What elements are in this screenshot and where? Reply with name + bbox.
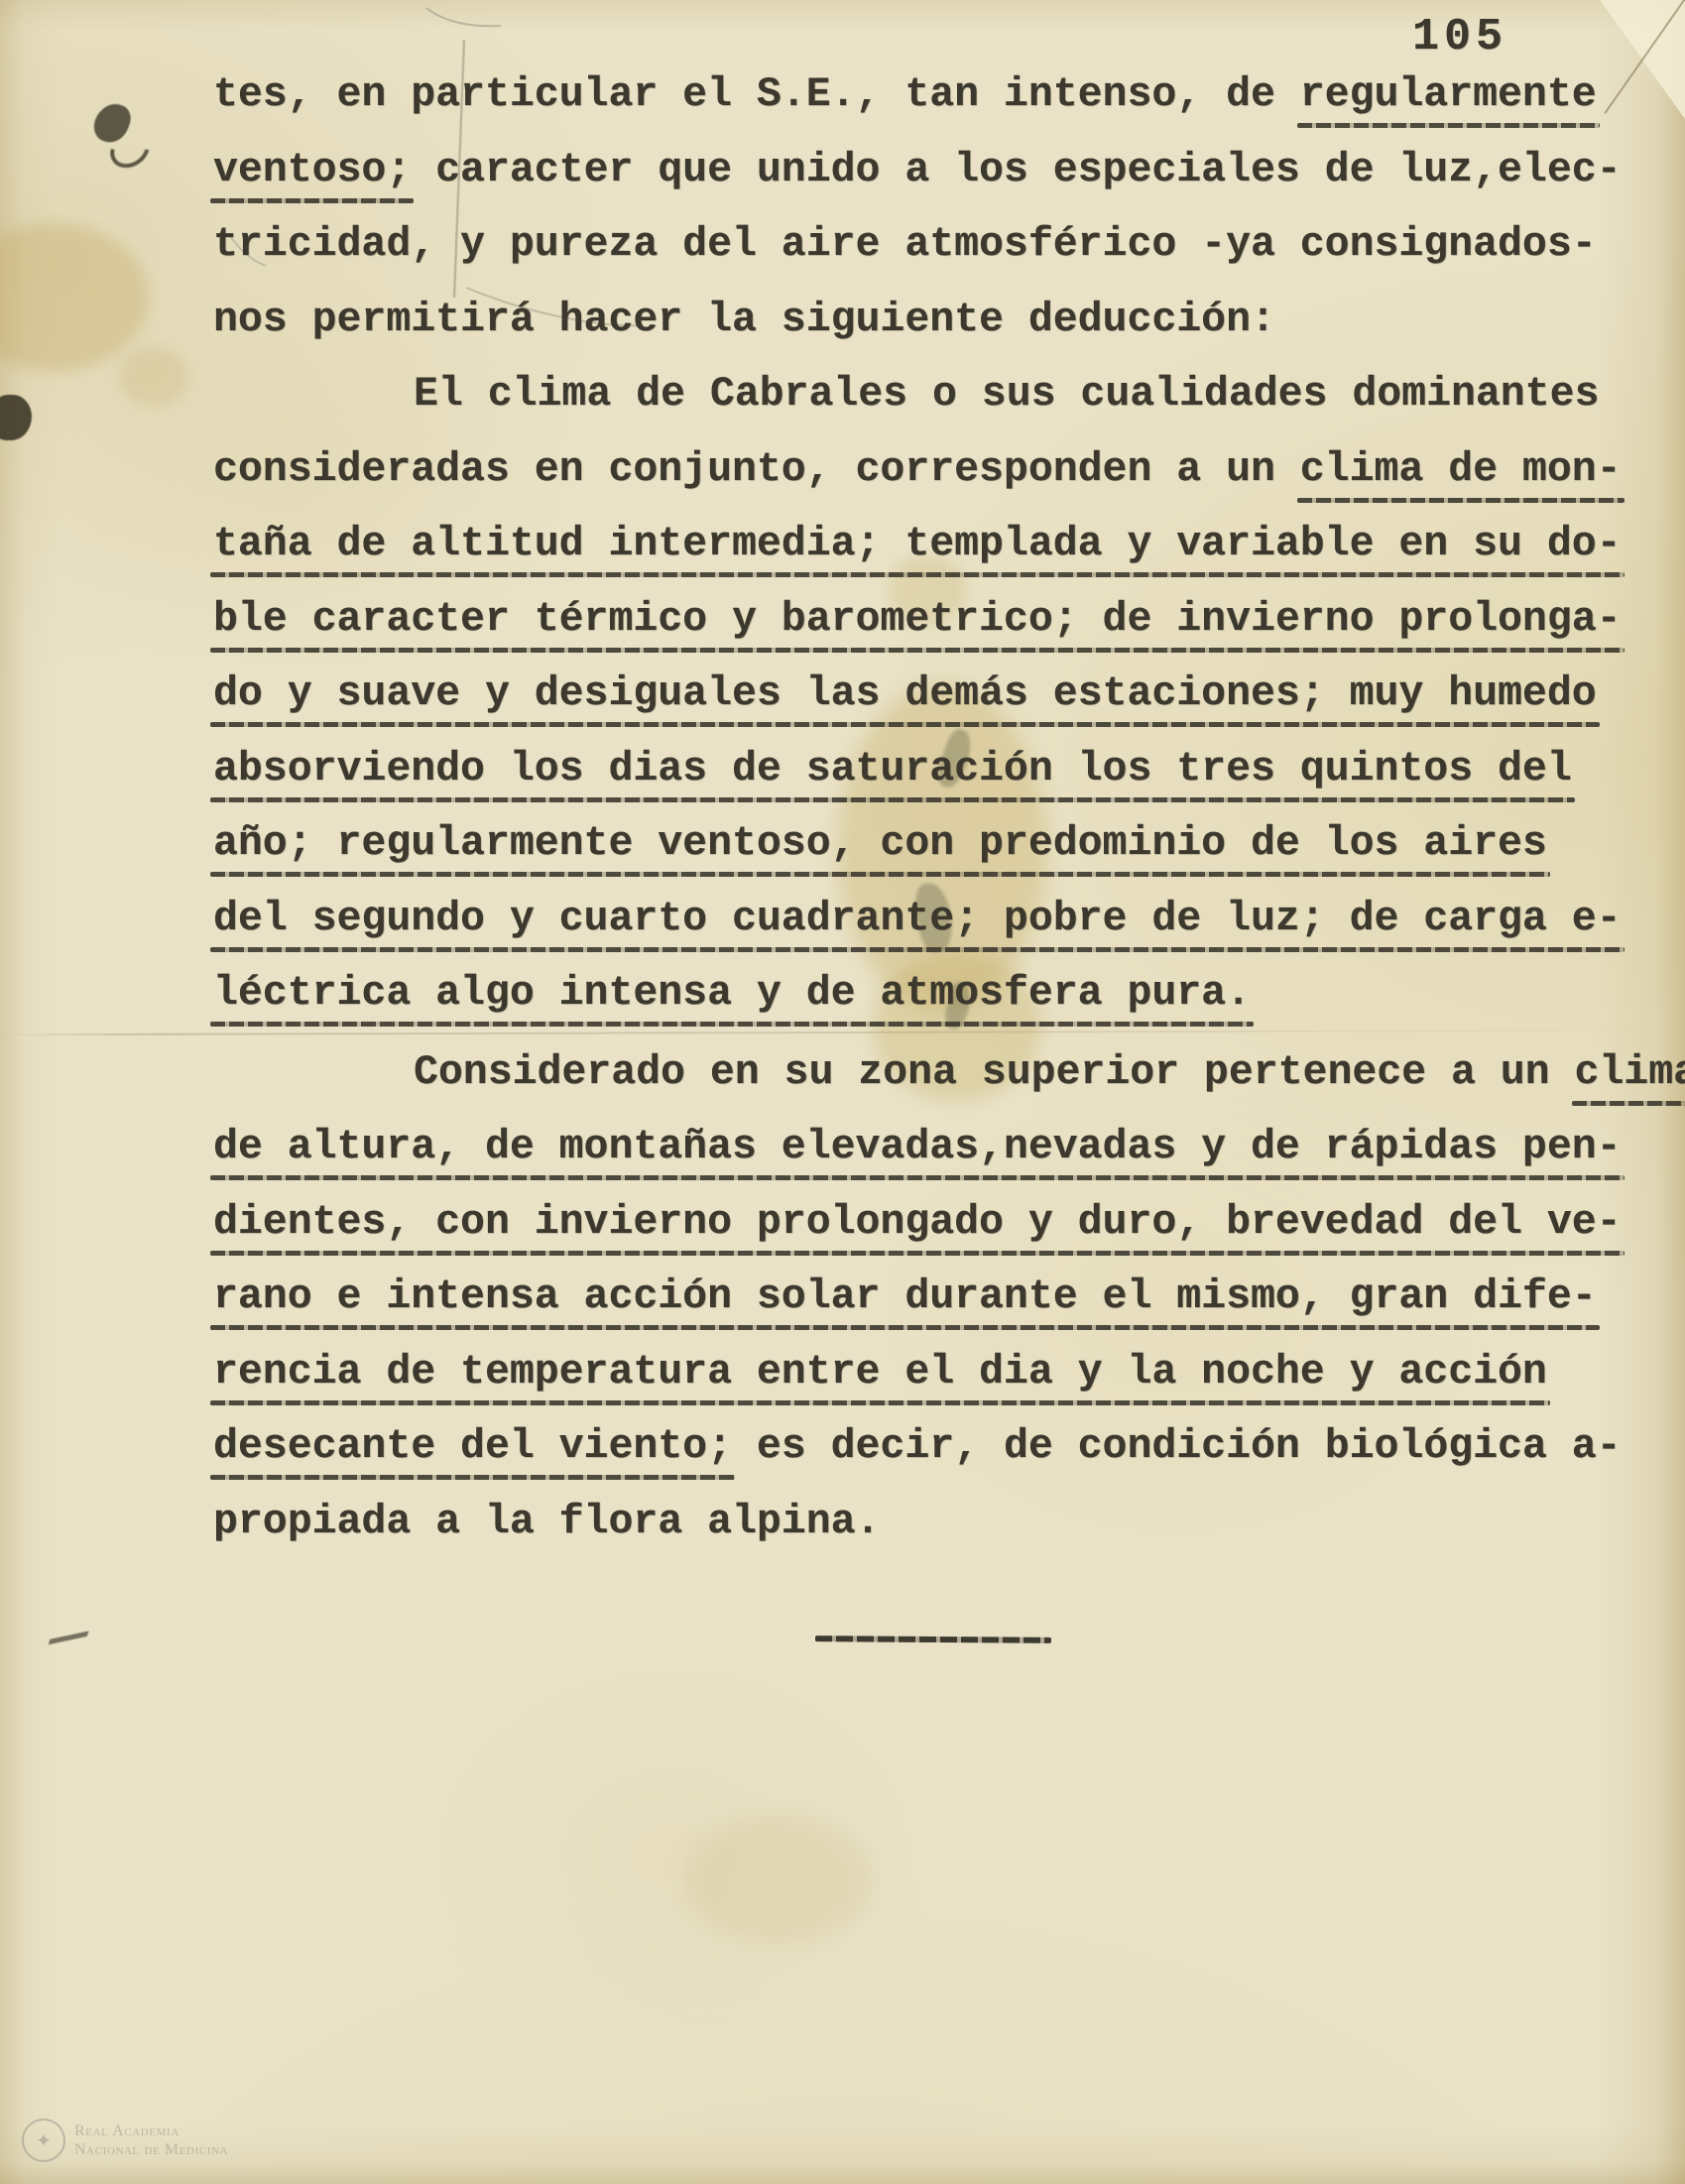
text-line: tricidad, y pureza del aire atmosférico … <box>213 207 1661 283</box>
watermark: ✦ Real Academia Nacional de Medicina <box>22 2119 228 2162</box>
text-line: del segundo y cuarto cuadrante; pobre de… <box>213 882 1661 957</box>
underlined-text: dientes, con invierno prolongado y duro,… <box>213 1199 1622 1246</box>
text-segment: propiada a la flora alpina. <box>213 1499 880 1545</box>
underlined-text: léctrica algo intensa y de atmosfera pur… <box>213 970 1251 1017</box>
text-line: tes, en particular el S.E., tan intenso,… <box>213 58 1661 133</box>
text-line: nos permitirá hacer la siguiente deducci… <box>213 283 1661 358</box>
underlined-text: do y suave y desiguales las demás estaci… <box>213 670 1597 717</box>
page-number: 105 <box>1412 12 1507 62</box>
underlined-text: clima <box>1575 1049 1685 1096</box>
underlined-text: clima de mon- <box>1300 446 1622 493</box>
text-line: El clima de Cabrales o sus cualidades do… <box>213 357 1661 432</box>
text-segment: El clima de Cabrales o sus cualidades do… <box>414 371 1599 418</box>
paper-stain <box>684 1815 873 1944</box>
underlined-text: ventoso; <box>213 147 411 193</box>
text-line: consideradas en conjunto, corresponden a… <box>213 432 1661 508</box>
text-line: año; regularmente ventoso, con predomini… <box>213 806 1661 882</box>
text-segment: caracter que unido a los especiales de l… <box>411 147 1621 193</box>
text-segment: Considerado en su zona superior pertenec… <box>414 1049 1575 1096</box>
text-line: ble caracter térmico y barometrico; de i… <box>213 582 1661 658</box>
text-block: tes, en particular el S.E., tan intenso,… <box>213 58 1661 1559</box>
text-line: de altura, de montañas elevadas,nevadas … <box>213 1110 1661 1185</box>
ranm-seal-icon: ✦ <box>22 2119 65 2162</box>
underlined-text: desecante del viento; <box>213 1423 732 1470</box>
underlined-text: ble caracter térmico y barometrico; de i… <box>213 596 1622 643</box>
text-line: desecante del viento; es decir, de condi… <box>213 1409 1661 1485</box>
underlined-text: absorviendo los dias de saturación los t… <box>213 746 1572 792</box>
underlined-text: rencia de temperatura entre el dia y la … <box>213 1349 1547 1395</box>
watermark-text: Real Academia Nacional de Medicina <box>74 2122 228 2159</box>
text-line: absorviendo los dias de saturación los t… <box>213 732 1661 807</box>
underlined-text: de altura, de montañas elevadas,nevadas … <box>213 1124 1622 1170</box>
ink-blot <box>0 395 32 440</box>
text-segment: tricidad, y pureza del aire atmosférico … <box>213 221 1597 268</box>
text-line: Considerado en su zona superior pertenec… <box>213 1035 1661 1111</box>
text-line: ventoso; caracter que unido a los especi… <box>213 133 1661 208</box>
paper-stain <box>119 347 188 407</box>
text-line: taña de altitud intermedia; templada y v… <box>213 507 1661 582</box>
underlined-text: del segundo y cuarto cuadrante; pobre de… <box>213 896 1622 942</box>
pencil-mark <box>49 1614 95 1644</box>
text-line: rencia de temperatura entre el dia y la … <box>213 1335 1661 1410</box>
text-segment: nos permitirá hacer la siguiente deducci… <box>213 297 1275 343</box>
scanned-typewritten-page: { "page": { "number": "105" }, "watermar… <box>0 0 1685 2184</box>
typed-divider <box>815 1636 1051 1643</box>
text-line: dientes, con invierno prolongado y duro,… <box>213 1185 1661 1261</box>
watermark-line2: Nacional de Medicina <box>74 2140 228 2159</box>
text-segment: tes, en particular el S.E., tan intenso,… <box>213 71 1300 118</box>
ink-blot <box>89 98 135 147</box>
paper-stain <box>0 223 149 372</box>
text-line: rano e intensa acción solar durante el m… <box>213 1260 1661 1335</box>
text-segment: consideradas en conjunto, corresponden a… <box>213 446 1300 493</box>
underlined-text: taña de altitud intermedia; templada y v… <box>213 521 1622 567</box>
text-line: propiada a la flora alpina. <box>213 1485 1661 1560</box>
text-line: léctrica algo intensa y de atmosfera pur… <box>213 956 1661 1031</box>
watermark-line1: Real Academia <box>74 2122 228 2140</box>
underlined-text: regularmente <box>1300 71 1597 118</box>
text-segment: es decir, de condición biológica a- <box>732 1423 1622 1470</box>
underlined-text: año; regularmente ventoso, con predomini… <box>213 820 1547 867</box>
underlined-text: rano e intensa acción solar durante el m… <box>213 1274 1597 1320</box>
text-line: do y suave y desiguales las demás estaci… <box>213 657 1661 732</box>
